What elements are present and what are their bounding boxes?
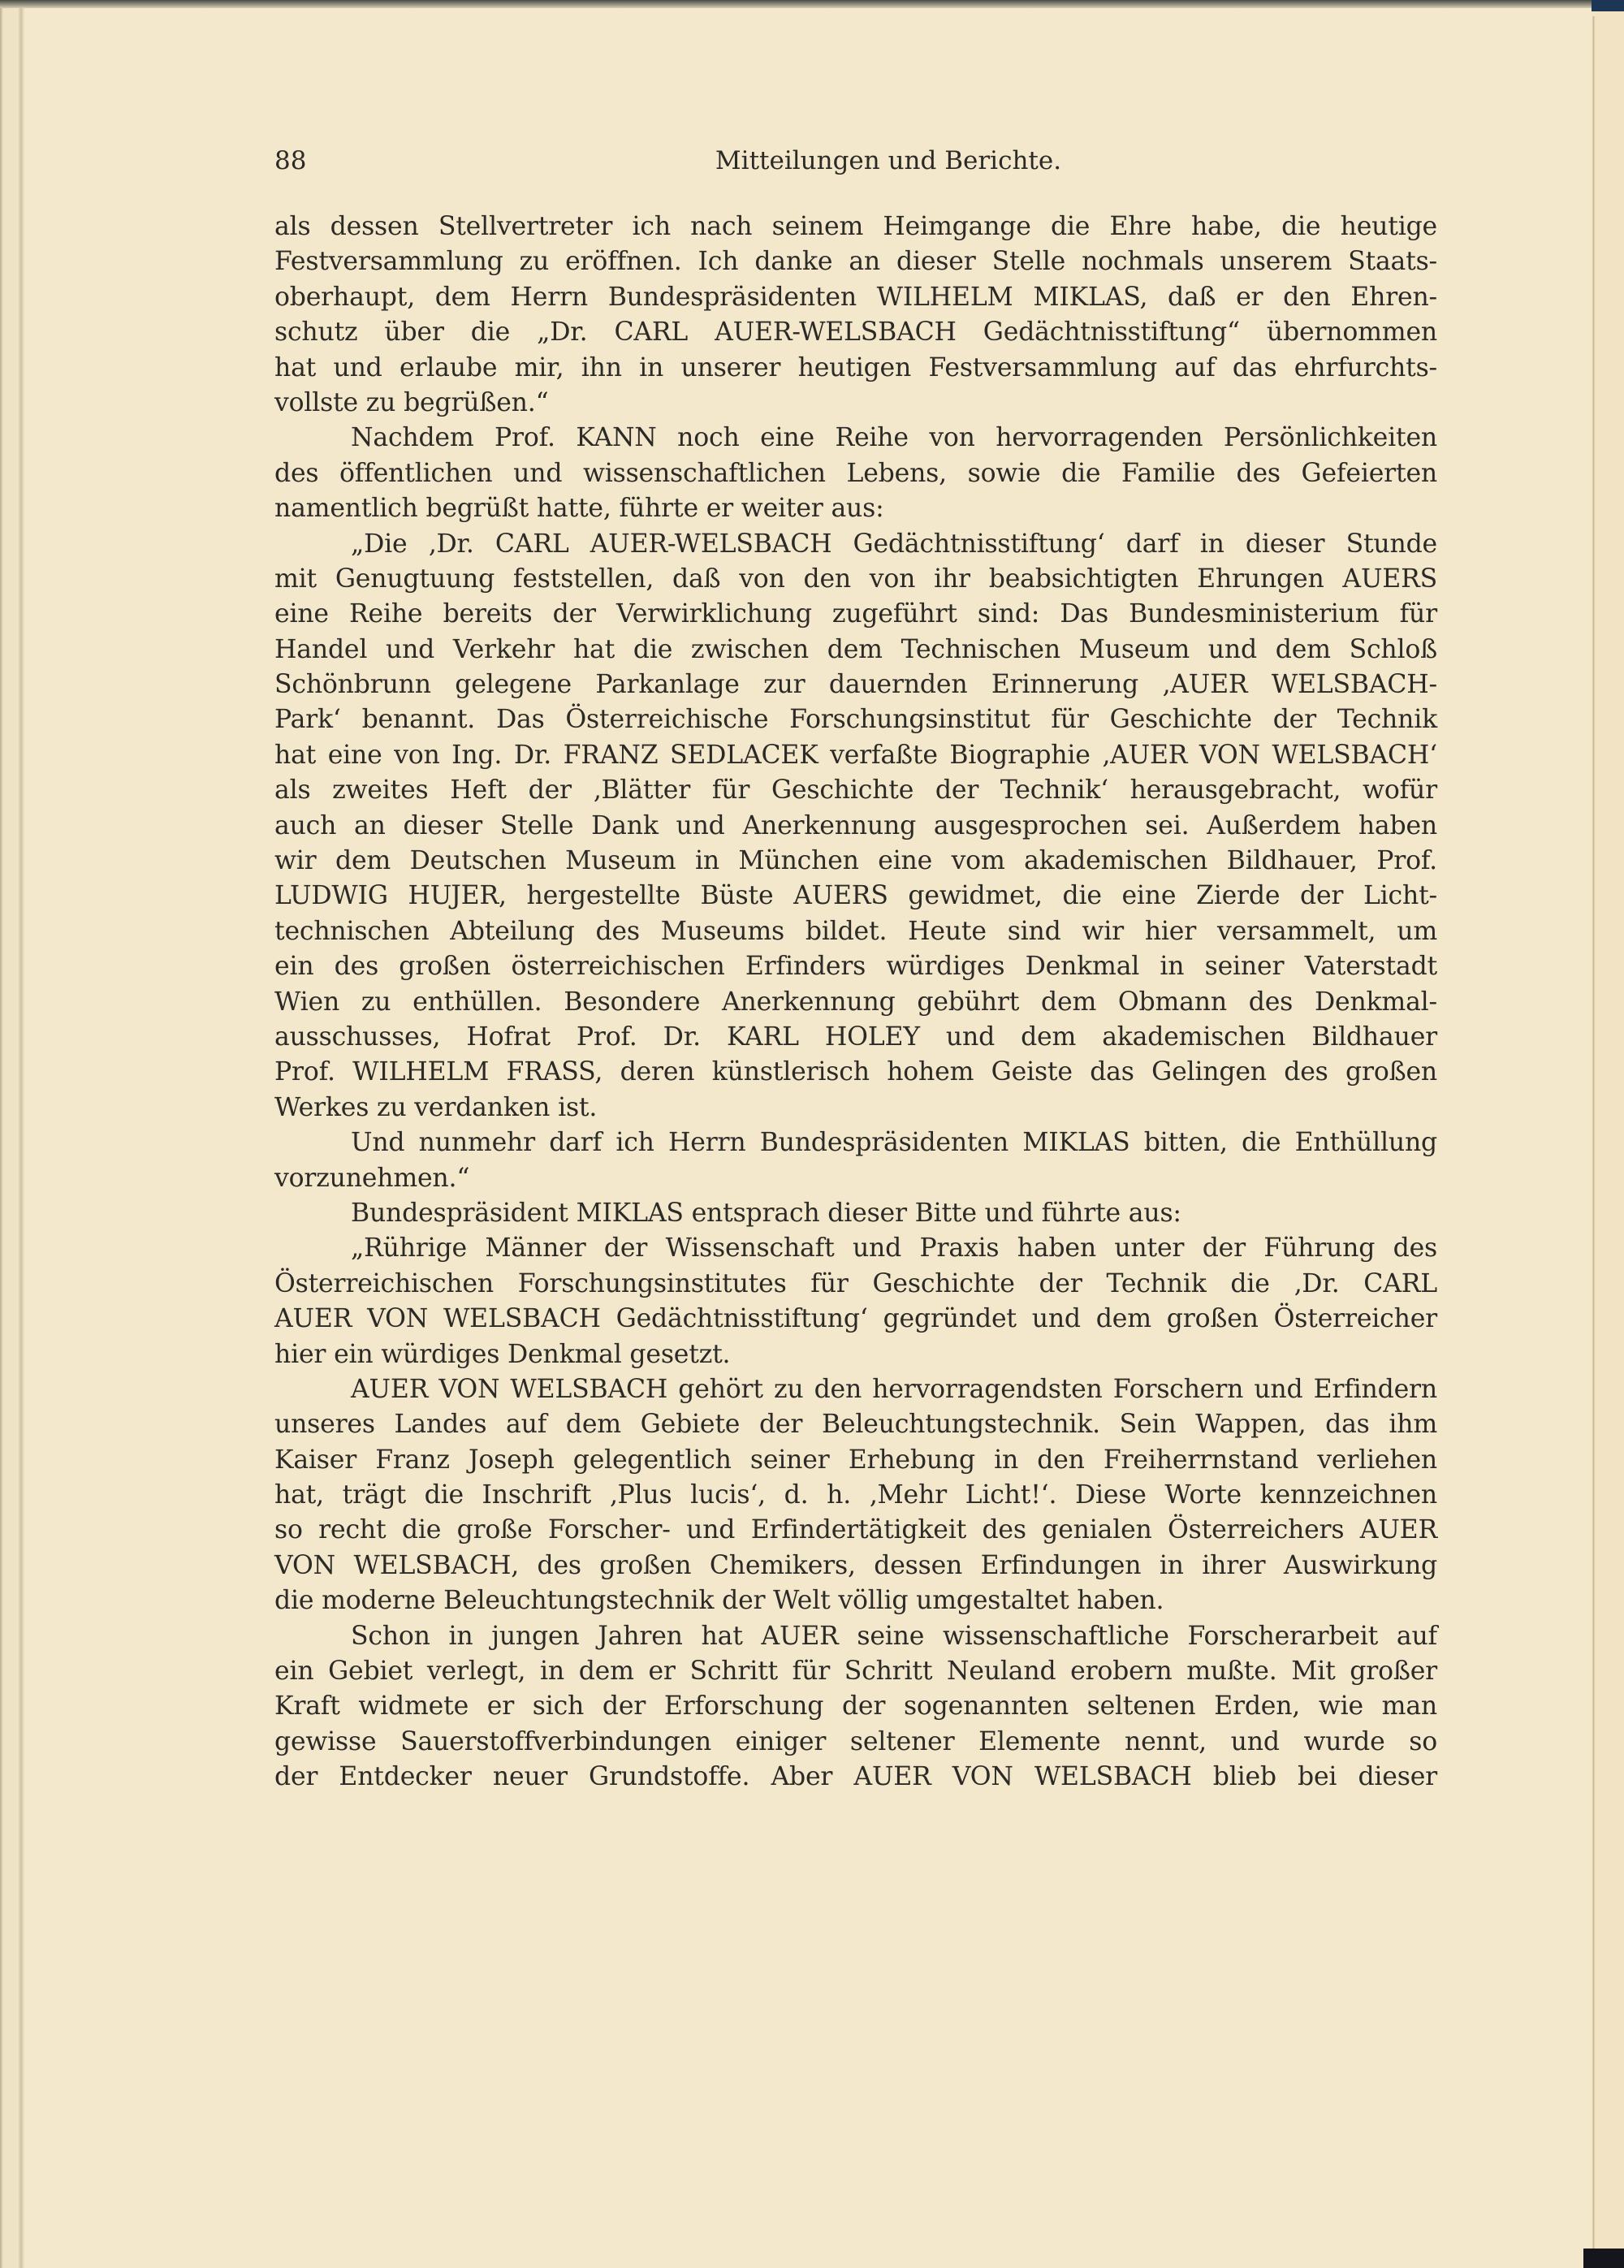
text-line: vollste zu begrüßen.“ xyxy=(274,386,1437,421)
text-line: unseres Landes auf dem Gebiete der Beleu… xyxy=(274,1407,1437,1442)
text-line: der Entdecker neuer Grundstoffe. Aber AU… xyxy=(274,1760,1437,1795)
text-line: technischen Abteilung des Museums bildet… xyxy=(274,914,1437,949)
text-line: Nachdem Prof. KANN noch eine Reihe von h… xyxy=(274,421,1437,456)
text-line: mit Genugtuung feststellen, daß von den … xyxy=(274,562,1437,597)
text-line: ein Gebiet verlegt, in dem er Schritt fü… xyxy=(274,1654,1437,1689)
text-line: Festversammlung zu eröffnen. Ich danke a… xyxy=(274,244,1437,279)
text-line: gewisse Sauerstoffverbindungen einiger s… xyxy=(274,1725,1437,1760)
text-line: hat und erlaube mir, ihn in unserer heut… xyxy=(274,351,1437,386)
text-line: „Die ‚Dr. CARL AUER-WELSBACH Gedächtniss… xyxy=(274,527,1437,562)
book-cover-bottom xyxy=(1583,2249,1624,2268)
gutter-line xyxy=(1592,16,1595,2257)
text-line: Werkes zu verdanken ist. xyxy=(274,1091,1437,1125)
text-line: Schon in jungen Jahren hat AUER seine wi… xyxy=(274,1619,1437,1654)
running-head: 88 Mitteilungen und Berichte. xyxy=(274,146,1437,187)
text-line: Bundespräsident MIKLAS entsprach dieser … xyxy=(274,1196,1437,1231)
text-line: schutz über die „Dr. CARL AUER-WELSBACH … xyxy=(274,315,1437,350)
text-line: eine Reihe bereits der Verwirklichung zu… xyxy=(274,597,1437,632)
text-line: als zweites Heft der ‚Blätter für Geschi… xyxy=(274,773,1437,808)
page-left-edge xyxy=(0,8,24,2268)
text-line: Kraft widmete er sich der Erforschung de… xyxy=(274,1689,1437,1724)
text-line: ein des großen österreichischen Erfinder… xyxy=(274,949,1437,984)
text-line: „Rührige Männer der Wissenschaft und Pra… xyxy=(274,1231,1437,1266)
text-line: Prof. WILHELM FRASS, deren künstlerisch … xyxy=(274,1055,1437,1090)
text-line: Handel und Verkehr hat die zwischen dem … xyxy=(274,633,1437,667)
text-line: die moderne Beleuchtungstechnik der Welt… xyxy=(274,1583,1437,1618)
text-line: Park‘ benannt. Das Österreichische Forsc… xyxy=(274,702,1437,737)
book-right-margin xyxy=(1595,11,1624,2268)
book-cover-corner xyxy=(1592,0,1624,11)
text-line: hat, trägt die Inschrift ‚Plus lucis‘, d… xyxy=(274,1478,1437,1513)
text-line: LUDWIG HUJER, hergestellte Büste AUERS g… xyxy=(274,879,1437,914)
page-header-title: Mitteilungen und Berichte. xyxy=(274,146,1437,175)
text-line: vorzunehmen.“ xyxy=(274,1161,1437,1196)
text-line: AUER VON WELSBACH gehört zu den hervorra… xyxy=(274,1372,1437,1407)
text-line: hier ein würdiges Denkmal gesetzt. xyxy=(274,1337,1437,1372)
text-line: Österreichischen Forschungsinstitutes fü… xyxy=(274,1267,1437,1302)
text-line: Kaiser Franz Joseph gelegentlich seiner … xyxy=(274,1443,1437,1478)
text-line: AUER VON WELSBACH Gedächtnisstiftung‘ ge… xyxy=(274,1302,1437,1337)
text-line: wir dem Deutschen Museum in München eine… xyxy=(274,844,1437,879)
text-line: Wien zu enthüllen. Besondere Anerkennung… xyxy=(274,985,1437,1020)
text-line: ausschusses, Hofrat Prof. Dr. KARL HOLEY… xyxy=(274,1020,1437,1055)
text-line: Und nunmehr darf ich Herrn Bundespräside… xyxy=(274,1125,1437,1160)
text-line: namentlich begrüßt hatte, führte er weit… xyxy=(274,491,1437,526)
text-line: Schönbrunn gelegene Parkanlage zur dauer… xyxy=(274,667,1437,702)
text-line: oberhaupt, dem Herrn Bundespräsidenten W… xyxy=(274,280,1437,315)
text-line: auch an dieser Stelle Dank und Anerkennu… xyxy=(274,809,1437,844)
body-text: als dessen Stellvertreter ich nach seine… xyxy=(274,210,1437,1795)
text-line: so recht die große Forscher- und Erfinde… xyxy=(274,1513,1437,1548)
text-line: des öffentlichen und wissenschaftlichen … xyxy=(274,456,1437,491)
text-line: VON WELSBACH, des großen Chemikers, dess… xyxy=(274,1549,1437,1583)
page-top-edge xyxy=(0,0,1624,8)
text-line: als dessen Stellvertreter ich nach seine… xyxy=(274,210,1437,244)
text-line: hat eine von Ing. Dr. FRANZ SEDLACEK ver… xyxy=(274,738,1437,773)
